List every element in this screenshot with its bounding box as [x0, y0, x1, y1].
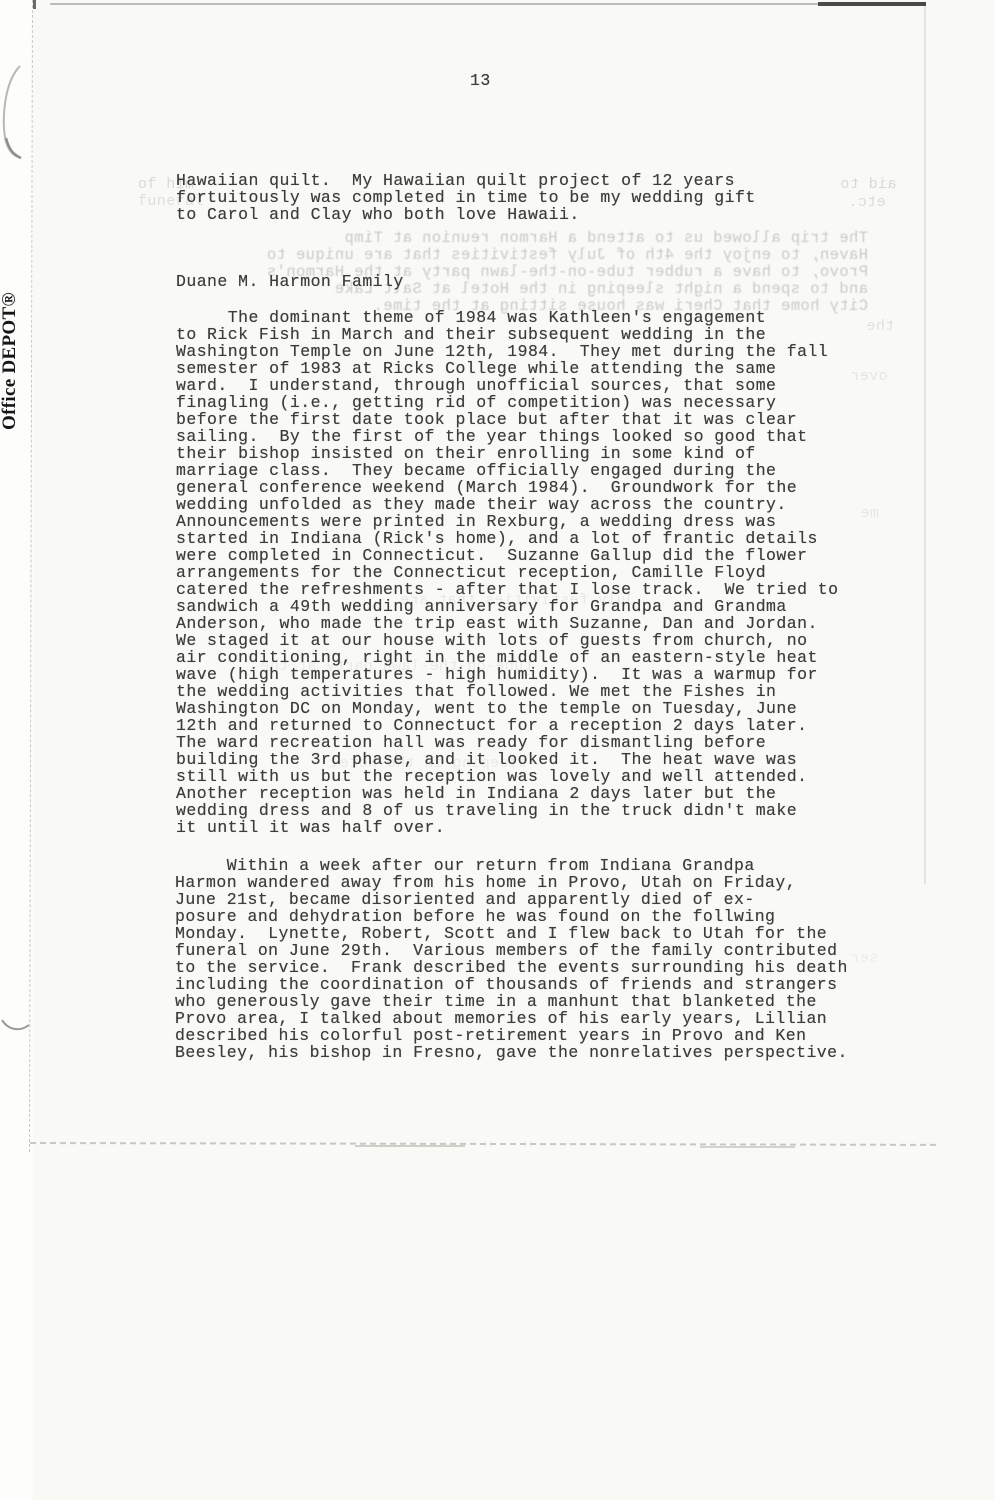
- perforation-line-horizontal: [30, 1142, 936, 1146]
- perforation-smudge: [355, 1145, 465, 1147]
- intro-paragraph-end: to Carol and Clay who both love Hawaii.: [176, 206, 580, 223]
- perforation-smudge: [700, 1146, 795, 1148]
- family-heading: Duane M. Harmon Family: [176, 273, 404, 290]
- page-top-edge-dark: [818, 2, 926, 6]
- page-corner-tick: [33, 0, 36, 9]
- funeral-paragraph: Within a week after our return from Indi…: [175, 857, 848, 1061]
- scan-artifact-curve-top: [0, 60, 26, 164]
- bleedthrough-fragment: ser: [850, 950, 878, 967]
- bleedthrough-fragment: etc.: [848, 194, 886, 211]
- page-top-edge: [50, 3, 818, 5]
- page-right-edge: [924, 6, 926, 884]
- bleedthrough-fragment: aid to: [840, 176, 896, 193]
- scanned-page: Office DEPOT® The trip allowed us to att…: [0, 0, 995, 1500]
- scan-artifact-curve-bottom: [0, 1012, 32, 1036]
- page-number: 13: [470, 72, 491, 89]
- intro-paragraph-smudged: Hawaiian quilt. My Hawaiian quilt projec…: [176, 172, 756, 206]
- bleedthrough-fragment: over: [850, 368, 888, 385]
- bleedthrough-fragment: the: [866, 318, 894, 335]
- wedding-paragraph: The dominant theme of 1984 was Kathleen'…: [176, 309, 839, 836]
- office-depot-logo: Office DEPOT®: [0, 292, 21, 430]
- binder-margin: [0, 0, 33, 1500]
- bleedthrough-fragment: me: [860, 505, 879, 522]
